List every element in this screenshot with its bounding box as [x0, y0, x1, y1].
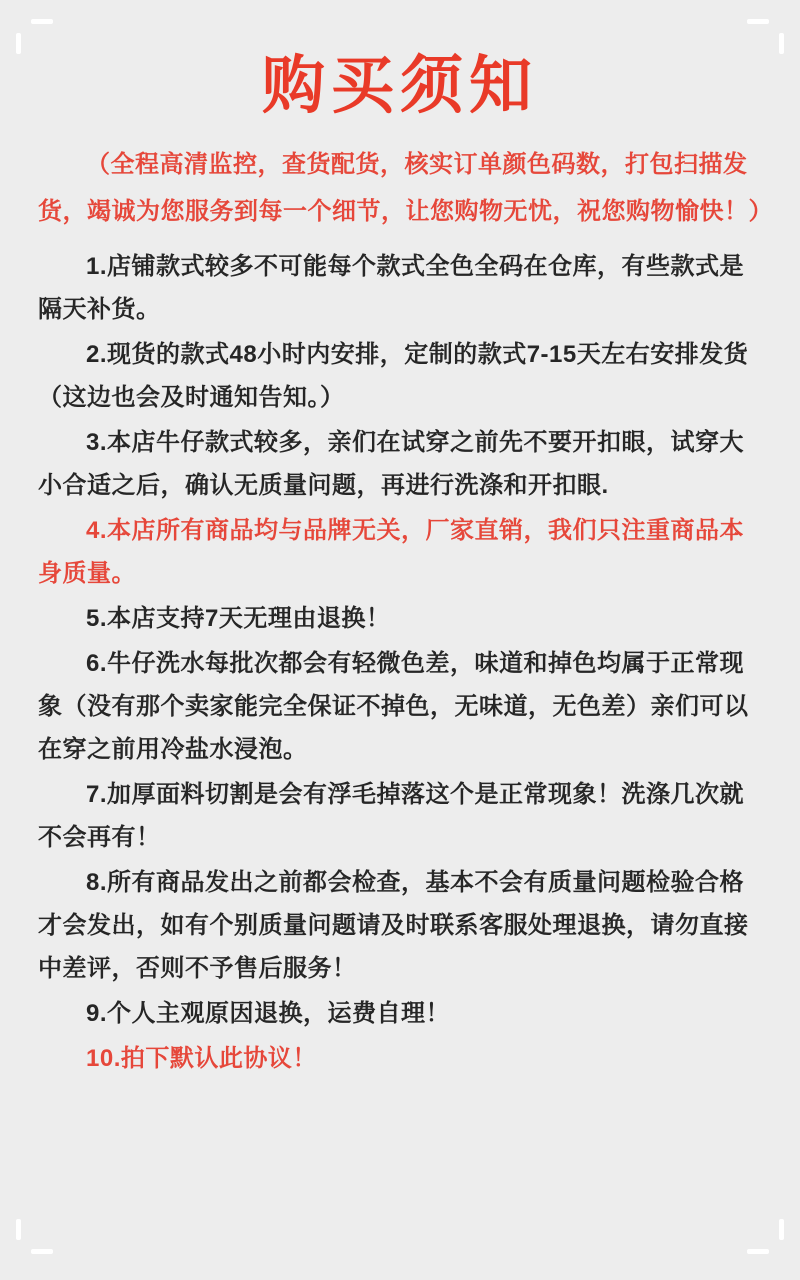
notice-item-8: 8.所有商品发出之前都会检查，基本不会有质量问题检验合格才会发出，如有个别质量问…: [38, 861, 762, 990]
notice-item-9: 9.个人主观原因退换，运费自理！: [38, 992, 762, 1035]
corner-mark-bottom-right: [740, 1220, 800, 1280]
corner-mark-bar: [779, 1219, 784, 1240]
corner-mark-bar: [747, 1249, 769, 1254]
corner-mark-bar: [16, 1219, 21, 1240]
purchase-notice-page: { "page": { "background_color": "#ededed…: [0, 0, 800, 1280]
notice-list: 1.店铺款式较多不可能每个款式全色全码在仓库，有些款式是隔天补货。 2.现货的款…: [38, 245, 762, 1080]
intro-paragraph: （全程高清监控，查货配货，核实订单颜色码数，打包扫描发货，竭诚为您服务到每一个细…: [38, 141, 762, 235]
corner-mark-bottom-left: [0, 1220, 60, 1280]
notice-item-5: 5.本店支持7天无理由退换！: [38, 597, 762, 640]
corner-mark-bar: [31, 1249, 53, 1254]
page-title: 购买须知: [38, 52, 762, 121]
notice-item-2: 2.现货的款式48小时内安排，定制的款式7-15天左右安排发货（这边也会及时通知…: [38, 333, 762, 419]
notice-item-4: 4.本店所有商品均与品牌无关，厂家直销，我们只注重商品本身质量。: [38, 509, 762, 595]
notice-item-10: 10.拍下默认此协议！: [38, 1037, 762, 1080]
notice-item-6: 6.牛仔洗水每批次都会有轻微色差，味道和掉色均属于正常现象（没有那个卖家能完全保…: [38, 642, 762, 771]
notice-item-7: 7.加厚面料切割是会有浮毛掉落这个是正常现象！洗涤几次就不会再有！: [38, 773, 762, 859]
notice-item-3: 3.本店牛仔款式较多，亲们在试穿之前先不要开扣眼，试穿大小合适之后，确认无质量问…: [38, 421, 762, 507]
notice-sheet: 购买须知 （全程高清监控，查货配货，核实订单颜色码数，打包扫描发货，竭诚为您服务…: [0, 0, 800, 1082]
notice-item-1: 1.店铺款式较多不可能每个款式全色全码在仓库，有些款式是隔天补货。: [38, 245, 762, 331]
